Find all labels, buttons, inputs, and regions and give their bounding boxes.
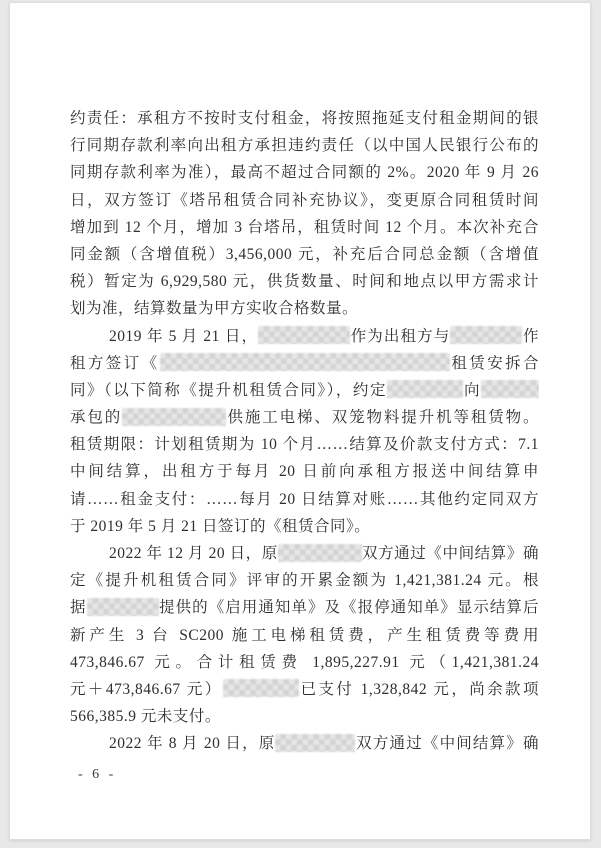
text-line: 日，双方签订《塔吊租赁合同补充协议》，变更原合同租赁时间 — [70, 187, 539, 214]
text-line: 元＋473,846.67 元）已支付 1,328,842 元，尚余款项 — [70, 676, 539, 703]
page-number: - 6 - — [78, 767, 116, 783]
text-line: 新产生 3 台 SC200 施工电梯租赁费，产生租赁费等费用 — [70, 622, 539, 649]
text-line: 行同期存款利率向出租方承担违约责任（以中国人民银行公布的 — [70, 132, 539, 159]
text-line: 据提供的《启用通知单》及《报停通知单》显示结算后 — [70, 594, 539, 621]
redaction-block — [160, 353, 450, 371]
text-line: 承包的供施工电梯、双笼物料提升机等租赁物。 — [70, 404, 539, 431]
text-line: 于 2019 年 5 月 21 日签订的《租赁合同》。 — [70, 513, 539, 540]
text-segment: 元＋473,846.67 元） — [70, 681, 223, 698]
text-segment: 租赁期限：计划租赁期为 10 个月……结算及价款支付方式：7.1 — [70, 436, 539, 453]
text-segment: 作为出租方与 — [350, 328, 450, 345]
text-line: 同期存款利率为准），最高不超过合同额的 2%。2020 年 9 月 26 — [70, 159, 539, 186]
text-segment: 新产生 3 台 SC200 施工电梯租赁费，产生租赁费等费用 — [70, 627, 539, 644]
text-segment: 同》（以下简称《提升机租赁合同》），约定 — [70, 382, 387, 399]
text-segment: 增加到 12 个月，增加 3 台塔吊，租赁时间 12 个月。本次补充合 — [70, 219, 539, 236]
redaction-block — [275, 734, 355, 752]
redaction-block — [223, 679, 299, 697]
text-line: 划为准，结算数量为甲方实收合格数量。 — [70, 295, 539, 322]
text-segment: 请……租金支付：……每月 20 日结算对账……其他约定同双方 — [70, 491, 539, 508]
text-line: 租赁期限：计划租赁期为 10 个月……结算及价款支付方式：7.1 — [70, 431, 539, 458]
text-line: 2022 年 8 月 20 日，原双方通过《中间结算》确定 — [70, 730, 539, 757]
redaction-block — [450, 326, 522, 344]
document-page: 约责任：承租方不按时支付租金，将按照拖延支付租金期间的银行同期存款利率向出租方承… — [9, 2, 591, 840]
text-segment: 向 — [463, 382, 481, 399]
text-segment: 于 2019 年 5 月 21 日签订的《租赁合同》。 — [70, 518, 370, 535]
text-line: 同金额（含增值税）3,456,000 元，补充后合同总金额（含增值 — [70, 241, 539, 268]
text-line: 473,846.67 元。合计租赁费 1,895,227.91 元（1,421,… — [70, 649, 539, 676]
text-segment: 566,385.9 元未支付。 — [70, 708, 221, 725]
text-segment: 定《提升机租赁合同》评审的开累金额为 1,421,381.24 元。根 — [70, 572, 539, 589]
text-segment: 473,846.67 元。合计租赁费 1,895,227.91 元（1,421,… — [70, 654, 539, 671]
text-segment: 2022 年 8 月 20 日，原 — [109, 735, 275, 752]
text-line: 2019 年 5 月 21 日，作为出租方与作为承 — [70, 323, 539, 350]
text-line: 中间结算，出租方于每月 20 日前向承租方报送中间结算申 — [70, 458, 539, 485]
text-line: 566,385.9 元未支付。 — [70, 703, 539, 730]
text-segment: 税）暂定为 6,929,580 元，供货数量、时间和地点以甲方需求计 — [70, 273, 539, 290]
text-segment: 约责任：承租方不按时支付租金，将按照拖延支付租金期间的银 — [70, 110, 539, 127]
text-segment: 同期存款利率为准），最高不超过合同额的 2%。2020 年 9 月 26 — [70, 164, 539, 181]
text-segment: 2022 年 12 月 20 日，原 — [109, 545, 278, 562]
text-line: 租方签订《租赁安拆合 — [70, 350, 539, 377]
text-line: 同》（以下简称《提升机租赁合同》），约定向 — [70, 377, 539, 404]
text-segment: 划为准，结算数量为甲方实收合格数量。 — [70, 300, 358, 317]
text-line: 税）暂定为 6,929,580 元，供货数量、时间和地点以甲方需求计 — [70, 268, 539, 295]
text-segment: 承包的 — [70, 409, 122, 426]
redaction-block — [87, 598, 159, 616]
redaction-block — [481, 380, 539, 398]
text-line: 定《提升机租赁合同》评审的开累金额为 1,421,381.24 元。根 — [70, 567, 539, 594]
text-segment: 据 — [70, 599, 87, 616]
text-segment: 已支付 1,328,842 元，尚余款项 — [299, 681, 539, 698]
text-line: 请……租金支付：……每月 20 日结算对账……其他约定同双方 — [70, 486, 539, 513]
text-line: 约责任：承租方不按时支付租金，将按照拖延支付租金期间的银 — [70, 105, 539, 132]
text-segment: 行同期存款利率向出租方承担违约责任（以中国人民银行公布的 — [70, 137, 539, 154]
text-line: 2022 年 12 月 20 日，原双方通过《中间结算》确 — [70, 540, 539, 567]
redaction-block — [387, 380, 463, 398]
scan-background: 约责任：承租方不按时支付租金，将按照拖延支付租金期间的银行同期存款利率向出租方承… — [0, 0, 601, 848]
text-segment: 租赁安拆合 — [450, 355, 540, 372]
text-segment: 日，双方签订《塔吊租赁合同补充协议》，变更原合同租赁时间 — [70, 192, 539, 209]
document-text: 约责任：承租方不按时支付租金，将按照拖延支付租金期间的银行同期存款利率向出租方承… — [70, 105, 539, 758]
text-segment: 2019 年 5 月 21 日， — [109, 328, 258, 345]
text-segment: 双方通过《中间结算》确 — [362, 545, 539, 562]
text-segment: 中间结算，出租方于每月 20 日前向承租方报送中间结算申 — [70, 463, 539, 480]
redaction-block — [122, 408, 226, 426]
redaction-block — [278, 544, 362, 562]
text-segment: 租方签订《 — [70, 355, 160, 372]
text-line: 增加到 12 个月，增加 3 台塔吊，租赁时间 12 个月。本次补充合 — [70, 214, 539, 241]
text-segment: 提供的《启用通知单》及《报停通知单》显示结算后 — [159, 599, 539, 616]
text-segment: 同金额（含增值税）3,456,000 元，补充后合同总金额（含增值 — [70, 246, 539, 263]
redaction-block — [258, 326, 350, 344]
text-segment: 供施工电梯、双笼物料提升机等租赁物。 — [226, 409, 539, 426]
